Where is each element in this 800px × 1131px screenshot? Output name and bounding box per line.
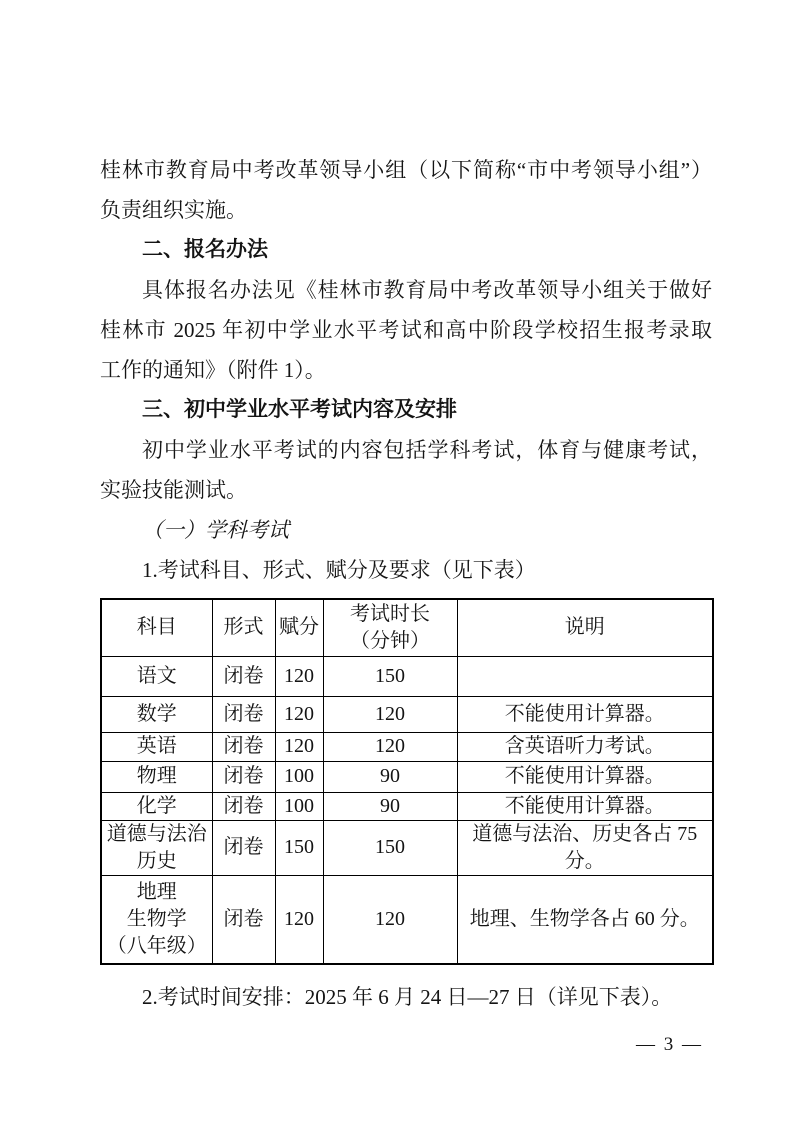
cell-duration: 150 (323, 656, 457, 696)
paragraph-line: 实验技能测试。 (100, 470, 712, 510)
table-row: 化学 闭卷 100 90 不能使用计算器。 (101, 792, 713, 820)
cell-note (457, 656, 713, 696)
cell-note: 道德与法治、历史各占 75 分。 (457, 820, 713, 875)
cell-duration: 90 (323, 792, 457, 820)
table-row: 英语 闭卷 120 120 含英语听力考试。 (101, 732, 713, 761)
cell-duration: 90 (323, 761, 457, 792)
exam-schedule-text: 2.考试时间安排：2025 年 6 月 24 日—27 日（详见下表）。 (100, 977, 712, 1017)
cell-form: 闭卷 (212, 696, 275, 732)
table-header-row: 科目 形式 赋分 考试时长 （分钟） 说明 (101, 599, 713, 656)
cell-duration: 120 (323, 875, 457, 964)
paragraph-line: 具体报名办法见《桂林市教育局中考改革领导小组关于做好 (100, 270, 712, 310)
cell-subject: 语文 (101, 656, 212, 696)
paragraph-line: 桂林市教育局中考改革领导小组（以下简称“市中考领导小组”） (100, 150, 712, 190)
table-row: 地理 生物学 （八年级） 闭卷 120 120 地理、生物学各占 60 分。 (101, 875, 713, 964)
paragraph-line: 负责组织实施。 (100, 190, 712, 230)
column-header-form: 形式 (212, 599, 275, 656)
paragraph-registration: 具体报名办法见《桂林市教育局中考改革领导小组关于做好 桂林市 2025 年初中学… (100, 270, 712, 390)
cell-duration: 120 (323, 696, 457, 732)
cell-subject: 化学 (101, 792, 212, 820)
page-number: — 3 — (636, 1030, 703, 1060)
table-row: 数学 闭卷 120 120 不能使用计算器。 (101, 696, 713, 732)
cell-form: 闭卷 (212, 792, 275, 820)
column-header-score: 赋分 (275, 599, 323, 656)
column-header-duration: 考试时长 （分钟） (323, 599, 457, 656)
cell-form: 闭卷 (212, 732, 275, 761)
cell-subject: 地理 生物学 （八年级） (101, 875, 212, 964)
cell-score: 120 (275, 875, 323, 964)
cell-form: 闭卷 (212, 656, 275, 696)
section-heading-registration: 二、报名办法 (100, 230, 712, 270)
cell-duration: 150 (323, 820, 457, 875)
cell-score: 150 (275, 820, 323, 875)
table-lead-in-text: 1.考试科目、形式、赋分及要求（见下表） (100, 550, 712, 590)
exam-subjects-table: 科目 形式 赋分 考试时长 （分钟） 说明 语文 闭卷 120 150 数学 闭… (100, 598, 714, 965)
cell-note: 地理、生物学各占 60 分。 (457, 875, 713, 964)
cell-subject: 数学 (101, 696, 212, 732)
paragraph-line: 初中学业水平考试的内容包括学科考试，体育与健康考试， (100, 430, 712, 470)
document-body: 桂林市教育局中考改革领导小组（以下简称“市中考领导小组”） 负责组织实施。 二、… (100, 150, 712, 1017)
cell-subject: 物理 (101, 761, 212, 792)
cell-form: 闭卷 (212, 761, 275, 792)
cell-note: 不能使用计算器。 (457, 761, 713, 792)
cell-score: 120 (275, 696, 323, 732)
table-row: 道德与法治 历史 闭卷 150 150 道德与法治、历史各占 75 分。 (101, 820, 713, 875)
paragraph-exam-content: 初中学业水平考试的内容包括学科考试，体育与健康考试， 实验技能测试。 (100, 430, 712, 510)
cell-form: 闭卷 (212, 820, 275, 875)
column-header-subject: 科目 (101, 599, 212, 656)
cell-score: 100 (275, 761, 323, 792)
cell-note: 不能使用计算器。 (457, 696, 713, 732)
cell-score: 120 (275, 656, 323, 696)
cell-score: 120 (275, 732, 323, 761)
cell-subject: 道德与法治 历史 (101, 820, 212, 875)
table-row: 语文 闭卷 120 150 (101, 656, 713, 696)
cell-duration: 120 (323, 732, 457, 761)
paragraph-line: 桂林市 2025 年初中学业水平考试和高中阶段学校招生报考录取 (100, 310, 712, 350)
table-row: 物理 闭卷 100 90 不能使用计算器。 (101, 761, 713, 792)
paragraph-intro: 桂林市教育局中考改革领导小组（以下简称“市中考领导小组”） 负责组织实施。 (100, 150, 712, 230)
cell-form: 闭卷 (212, 875, 275, 964)
section-heading-exam-content: 三、初中学业水平考试内容及安排 (100, 390, 712, 430)
column-header-note: 说明 (457, 599, 713, 656)
cell-note: 不能使用计算器。 (457, 792, 713, 820)
paragraph-line: 工作的通知》（附件 1）。 (100, 350, 712, 390)
document-page: 桂林市教育局中考改革领导小组（以下简称“市中考领导小组”） 负责组织实施。 二、… (0, 0, 800, 1131)
cell-score: 100 (275, 792, 323, 820)
subsection-heading-subject-exam: （一）学科考试 (100, 510, 712, 550)
cell-subject: 英语 (101, 732, 212, 761)
cell-note: 含英语听力考试。 (457, 732, 713, 761)
